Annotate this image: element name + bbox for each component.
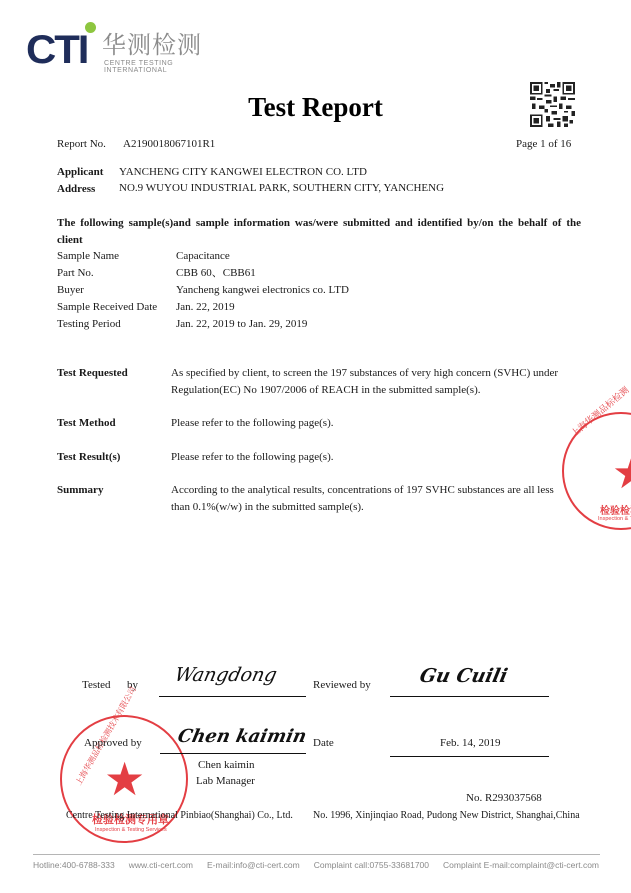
date-line (390, 756, 549, 757)
report-no-value: A2190018067101R1 (123, 138, 215, 150)
test-result-section: Test Result(s) Please refer to the follo… (57, 449, 587, 466)
approved-label: Approved by (84, 737, 142, 749)
test-requested-label: Test Requested (57, 365, 171, 399)
test-method-value: Please refer to the following page(s). (171, 415, 571, 432)
footer-complaint-email[interactable]: Complaint E-mail:complaint@cti-cert.com (443, 860, 599, 870)
address-value: NO.9 WUYOU INDUSTRIAL PARK, SOUTHERN CIT… (119, 182, 444, 194)
tester-signature: Wangdong (173, 664, 279, 686)
summary-label: Summary (57, 482, 171, 516)
sample-row: Testing Period Jan. 22, 2019 to Jan. 29,… (57, 316, 349, 333)
sample-info-intro: The following sample(s)and sample inform… (57, 215, 581, 249)
buyer-value: Yancheng kangwei electronics co. LTD (176, 282, 349, 299)
reviewed-label: Reviewed by (313, 679, 371, 691)
approver-signature: Chen kaimin (176, 726, 309, 747)
sample-name-value: Capacitance (176, 248, 230, 265)
certificate-number: No. R293037568 (466, 792, 542, 804)
issuer-company: Centre Testing International Pinbiao(Sha… (66, 810, 293, 821)
star-icon: ★ (104, 752, 145, 806)
tested-signature-line (159, 696, 306, 697)
page-title: Test Report (0, 92, 631, 123)
date-label: Date (313, 737, 334, 749)
sample-name-label: Sample Name (57, 248, 176, 265)
logo-brand: CTI (26, 30, 87, 70)
part-no-label: Part No. (57, 265, 176, 282)
official-stamp-left: 上海华测品标检测技术有限公司 ★ 检验检测专用章 Inspection & Te… (60, 715, 188, 843)
logo-english-name: CENTRE TESTING INTERNATIONAL (104, 60, 236, 74)
summary-section: Summary According to the analytical resu… (57, 482, 587, 516)
part-no-value: CBB 60、CBB61 (176, 265, 256, 282)
stamp-bottom-en: Inspection & Te (598, 516, 631, 522)
tested-label: Tested (82, 679, 111, 691)
sample-row: Sample Received Date Jan. 22, 2019 (57, 299, 349, 316)
sample-row: Buyer Yancheng kangwei electronics co. L… (57, 282, 349, 299)
date-value: Feb. 14, 2019 (440, 737, 501, 749)
sample-row: Sample Name Capacitance (57, 248, 349, 265)
approver-name: Chen kaimin (198, 759, 255, 771)
logo-chinese-name: 华测检测 (102, 31, 202, 59)
test-result-value: Please refer to the following page(s). (171, 449, 571, 466)
stamp-bottom-en: Inspection & Testing Services (95, 827, 167, 833)
test-requested-section: Test Requested As specified by client, t… (57, 365, 587, 399)
test-method-label: Test Method (57, 415, 171, 432)
logo-dot-icon (85, 22, 96, 33)
approver-title: Lab Manager (196, 775, 255, 787)
footer-email[interactable]: E-mail:info@cti-cert.com (207, 860, 300, 870)
applicant-value: YANCHENG CITY KANGWEI ELECTRON CO. LTD (119, 166, 367, 178)
reviewed-signature-line (390, 696, 549, 697)
approved-signature-line (160, 753, 306, 754)
summary-value: According to the analytical results, con… (171, 482, 571, 516)
issuer-address: No. 1996, Xinjinqiao Road, Pudong New Di… (313, 810, 580, 821)
test-result-label: Test Result(s) (57, 449, 171, 466)
address-label: Address (57, 183, 95, 195)
applicant-label: Applicant (57, 166, 103, 178)
received-date-label: Sample Received Date (57, 299, 176, 316)
testing-period-label: Testing Period (57, 316, 176, 333)
footer-hotline: Hotline:400-6788-333 (33, 860, 115, 870)
footer-website[interactable]: www.cti-cert.com (129, 860, 193, 870)
sample-info-table: Sample Name Capacitance Part No. CBB 60、… (57, 248, 349, 333)
test-requested-value: As specified by client, to screen the 19… (171, 365, 571, 399)
sample-row: Part No. CBB 60、CBB61 (57, 265, 349, 282)
footer-divider (33, 854, 600, 855)
footer: Hotline:400-6788-333 www.cti-cert.com E-… (33, 860, 613, 870)
test-method-section: Test Method Please refer to the followin… (57, 415, 587, 432)
stamp-bottom-text: 检验检测 (600, 502, 631, 517)
buyer-label: Buyer (57, 282, 176, 299)
page-number: Page 1 of 16 (516, 138, 571, 150)
cti-logo: CTI 华测检测 CENTRE TESTING INTERNATIONAL (26, 20, 236, 72)
footer-complaint-call: Complaint call:0755-33681700 (314, 860, 429, 870)
star-icon: ★ (612, 448, 631, 499)
reviewer-signature: Gu Cuili (418, 665, 510, 687)
report-no-label: Report No. (57, 138, 106, 150)
received-date-value: Jan. 22, 2019 (176, 299, 235, 316)
testing-period-value: Jan. 22, 2019 to Jan. 29, 2019 (176, 316, 307, 333)
